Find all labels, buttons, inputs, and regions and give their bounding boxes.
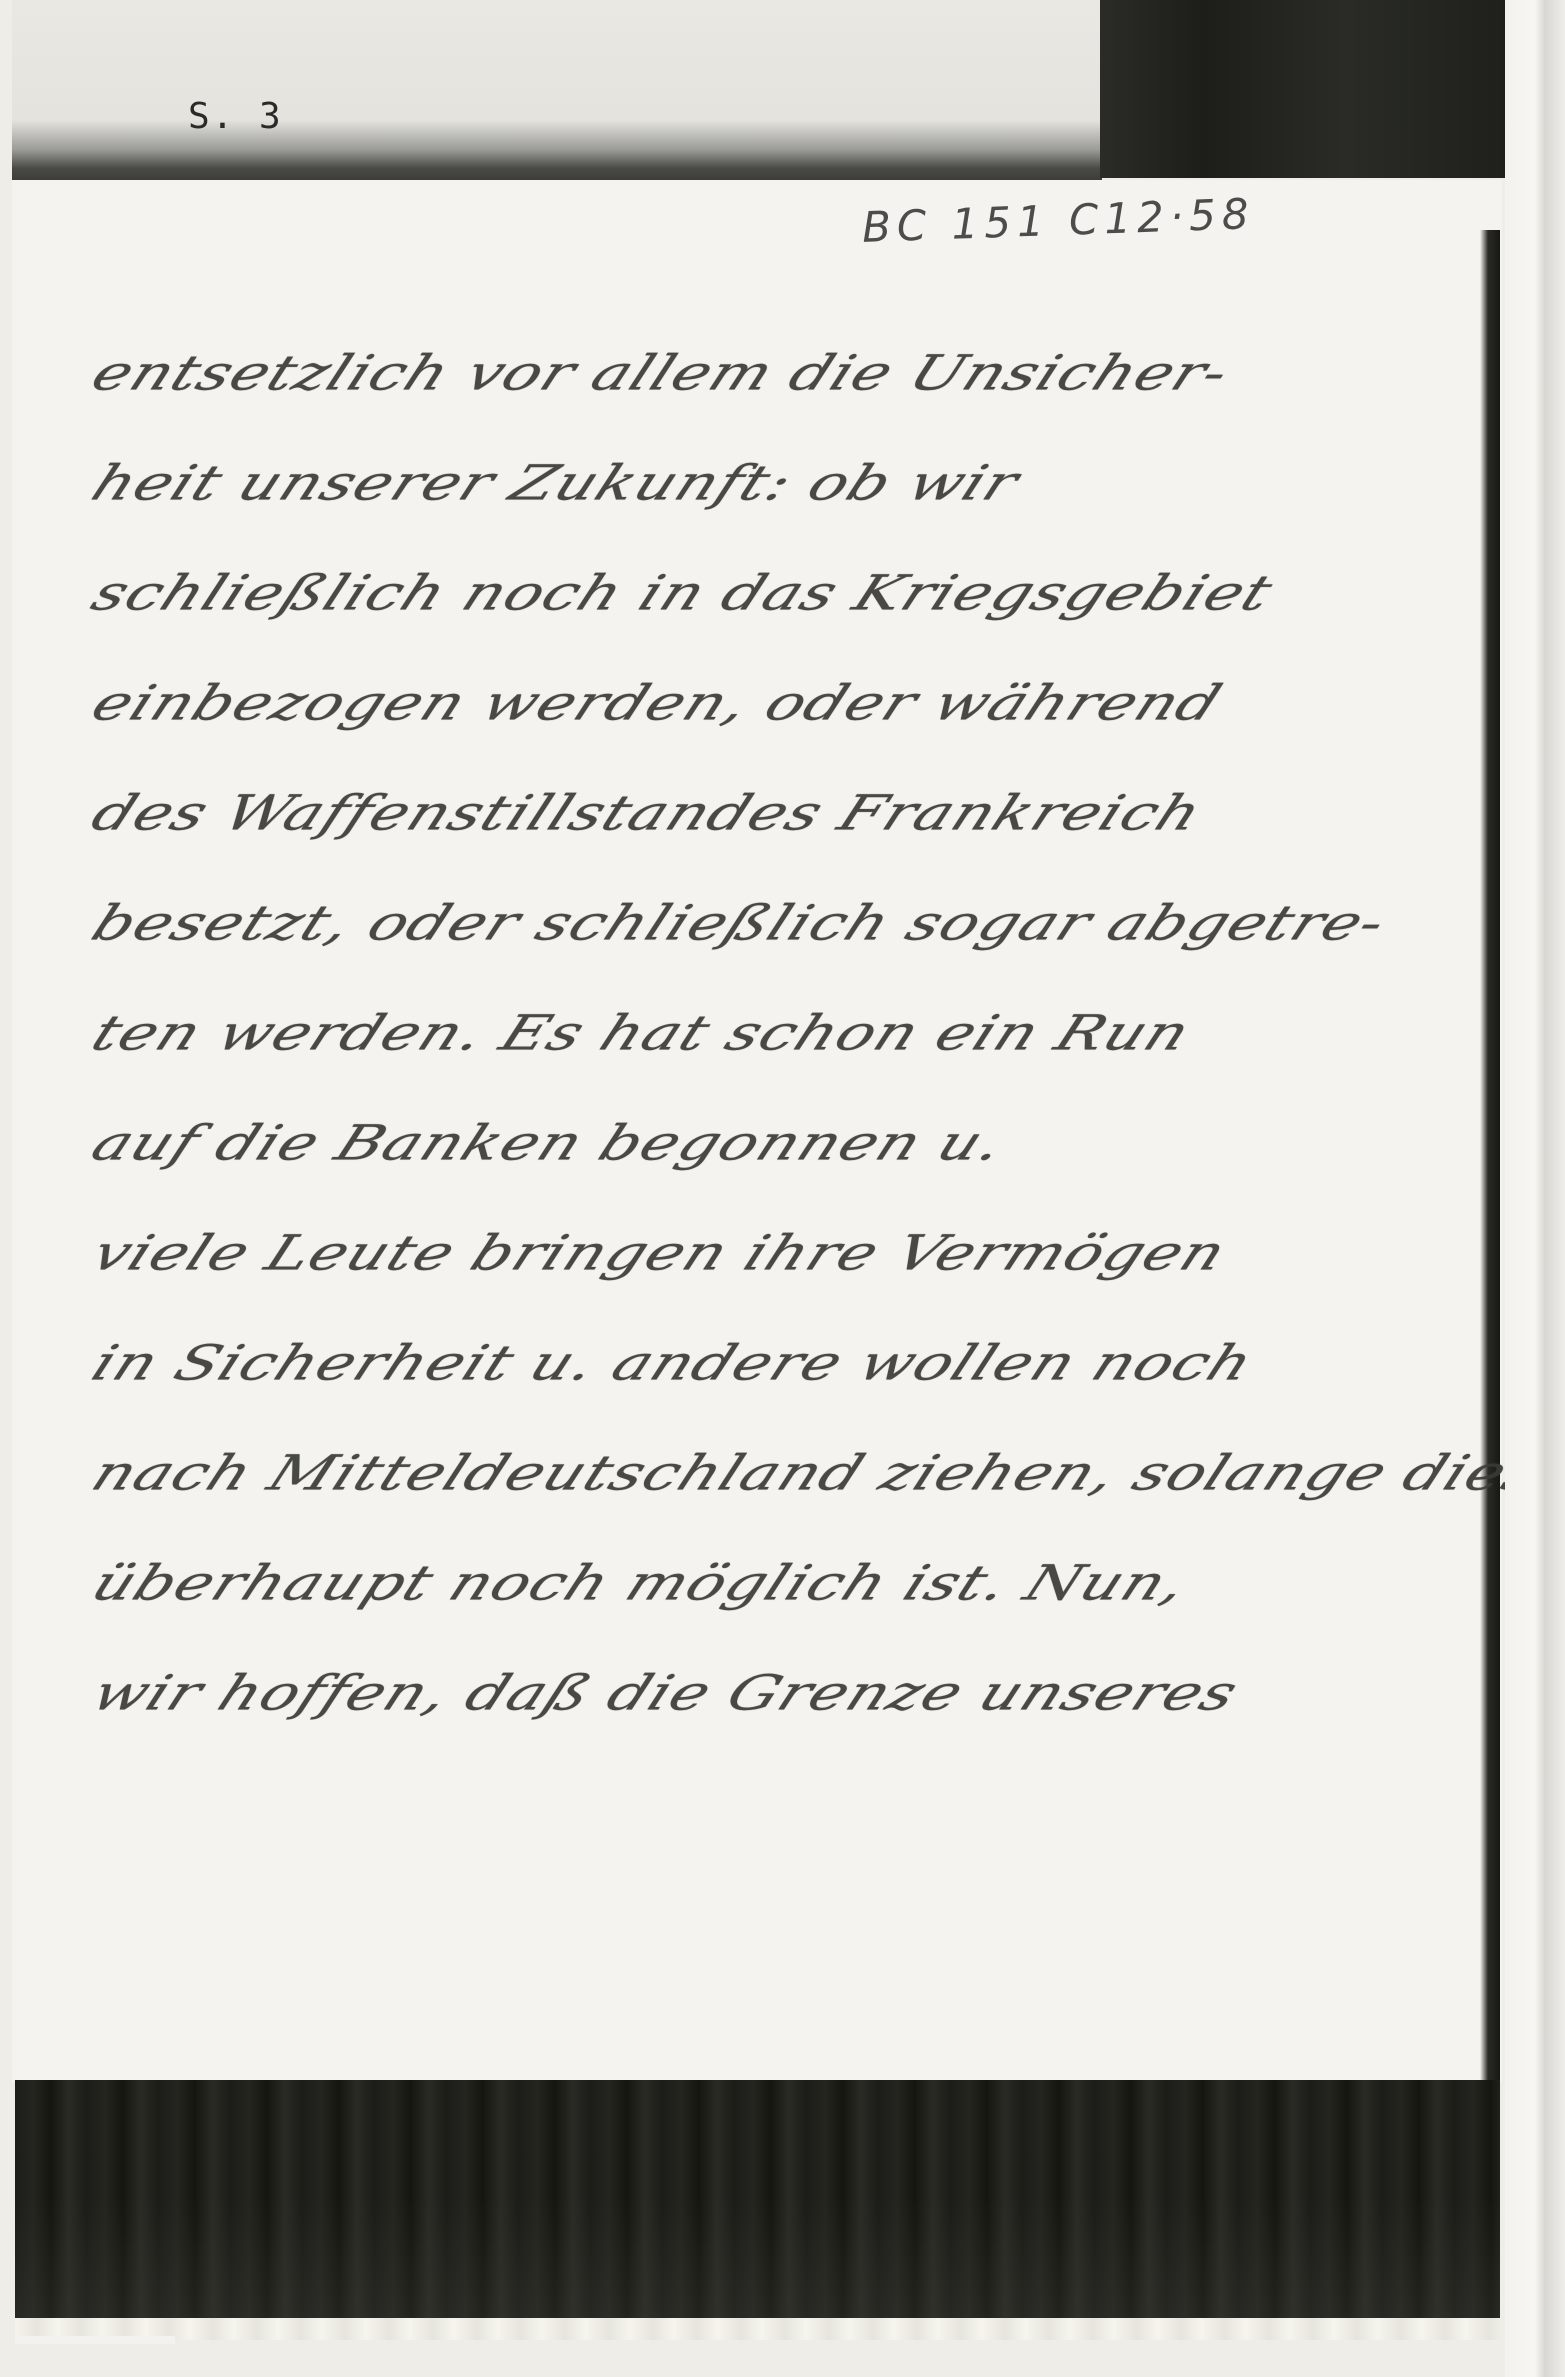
handwritten-line: auf die Banken begonnen u. (78, 1100, 1493, 1186)
mount-shading (15, 2200, 1500, 2320)
handwritten-line: in Sicherheit u. andere wollen noch (78, 1320, 1493, 1406)
handwritten-line: entsetzlich vor allem die Unsicher- (78, 330, 1493, 416)
dark-mount-corner (1100, 0, 1508, 178)
handwritten-line: heit unserer Zukunft: ob wir (78, 440, 1493, 526)
page-number-label: S. 3 (188, 96, 283, 137)
handwritten-line: einbezogen werden, oder während (78, 660, 1493, 746)
handwritten-line: ten werden. Es hat schon ein Run (78, 990, 1493, 1076)
handwritten-line: nach Mitteldeutschland ziehen, solange d… (78, 1430, 1493, 1516)
handwritten-line: überhaupt noch möglich ist. Nun, (78, 1540, 1493, 1626)
handwritten-line: wir hoffen, daß die Grenze unseres (78, 1650, 1493, 1736)
right-margin-strip (1505, 0, 1565, 2377)
handwritten-line: viele Leute bringen ihre Vermögen (78, 1210, 1493, 1296)
paper-edge-strip (15, 2336, 175, 2344)
handwritten-line: des Waffenstillstandes Frankreich (78, 770, 1493, 856)
scanned-photograph: S. 3 BC 151 C12·58 entsetzlich vor allem… (0, 0, 1565, 2377)
handwritten-letter-body: entsetzlich vor allem die Unsicher- heit… (95, 318, 1475, 1748)
handwritten-line: besetzt, oder schließlich sogar abgetre- (78, 880, 1493, 966)
sheet-right-edge-shadow (1480, 230, 1500, 2082)
handwritten-line: schließlich noch in das Kriegsgebiet (78, 550, 1493, 636)
previous-page-sheet (12, 0, 1102, 180)
wavy-paper-edge (15, 2318, 1500, 2340)
